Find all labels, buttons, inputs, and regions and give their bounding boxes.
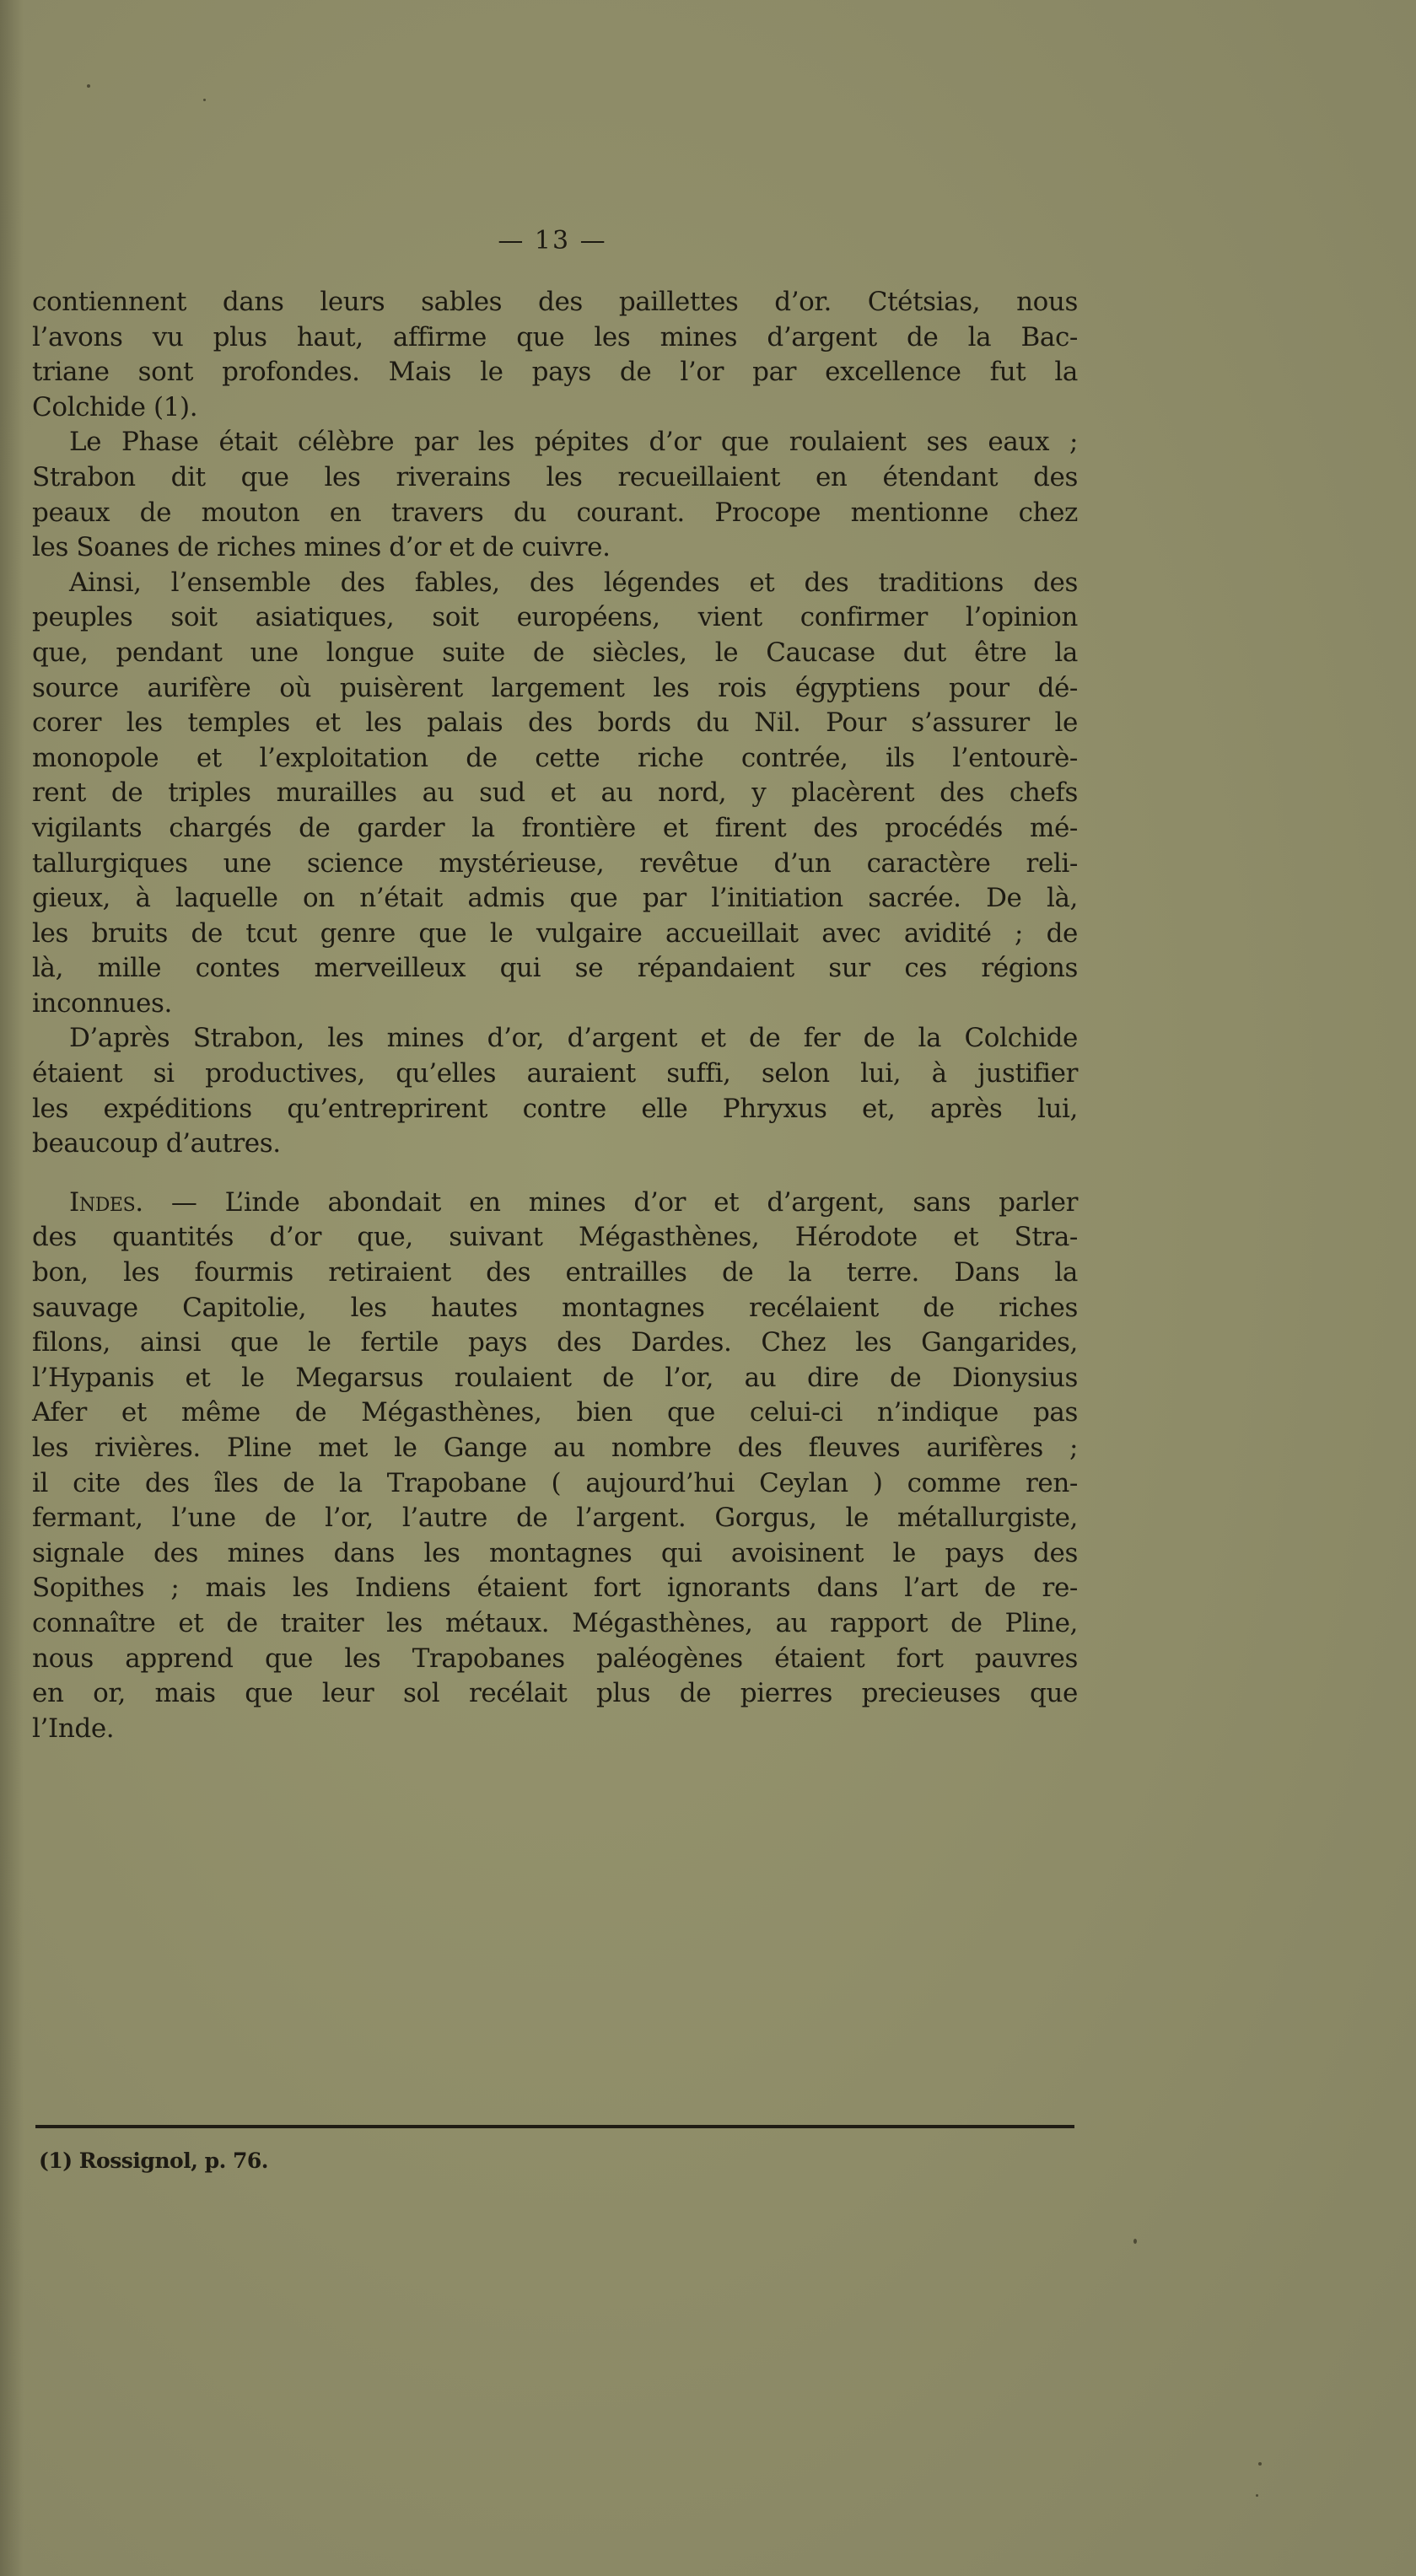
text-line: Indes. — L’inde abondait en mines d’or e… [32, 1186, 1078, 1221]
text-line: Afer et même de Mégasthènes, bien que ce… [32, 1396, 1078, 1431]
page-edge-shadow [0, 0, 24, 2576]
paper-speck [1256, 2494, 1258, 2497]
text-line: bon, les fourmis retiraient des entraill… [32, 1256, 1078, 1291]
text-line: Ainsi, l’ensemble des fables, des légend… [32, 566, 1078, 601]
paper-speck [203, 99, 206, 101]
text-line: les rivières. Pline met le Gange au nomb… [32, 1431, 1078, 1466]
paragraph: Le Phase était célèbre par les pépites d… [32, 425, 1078, 565]
text-line: connaître et de traiter les métaux. Méga… [32, 1606, 1078, 1642]
text-line: là, mille contes merveilleux qui se répa… [32, 951, 1078, 987]
text-line: peaux de mouton en travers du courant. P… [32, 496, 1078, 531]
text-line: monopole et l’exploitation de cette rich… [32, 741, 1078, 777]
text-line: les bruits de tcut genre que le vulgaire… [32, 917, 1078, 952]
text-line: tallurgiques une science mystérieuse, re… [32, 847, 1078, 882]
text-line: l’Inde. [32, 1712, 1078, 1747]
text-line: des quantités d’or que, suivant Mégasthè… [32, 1220, 1078, 1256]
text-line: nous apprend que les Trapobanes paléogèn… [32, 1642, 1078, 1677]
footnote: (1) Rossignol, p. 76. [39, 2148, 268, 2173]
text-span: — L’inde abondait en mines d’or et d’arg… [171, 1187, 1078, 1218]
text-line: peuples soit asiatiques, soit européens,… [32, 600, 1078, 636]
paragraph: contiennent dans leurs sables des paille… [32, 285, 1078, 425]
text-line: contiennent dans leurs sables des paille… [32, 285, 1078, 320]
text-line: les expéditions qu’entreprirent contre e… [32, 1092, 1078, 1127]
text-line: D’après Strabon, les mines d’or, d’argen… [32, 1021, 1078, 1057]
paper-speck [1133, 2239, 1137, 2244]
text-line: l’avons vu plus haut, affirme que les mi… [32, 320, 1078, 356]
text-line: l’Hypanis et le Megarsus roulaient de l’… [32, 1361, 1078, 1396]
section-heading: Indes. [69, 1187, 143, 1218]
page-number: — 13 — [0, 226, 1105, 255]
text-line: fermant, l’une de l’or, l’autre de l’arg… [32, 1501, 1078, 1536]
text-line: que, pendant une longue suite de siècles… [32, 636, 1078, 671]
text-line: Le Phase était célèbre par les pépites d… [32, 425, 1078, 460]
text-line: triane sont profondes. Mais le pays de l… [32, 355, 1078, 390]
text-line: Strabon dit que les riverains les recuei… [32, 460, 1078, 496]
paragraph: Ainsi, l’ensemble des fables, des légend… [32, 566, 1078, 1022]
footnote-text: Rossignol, p. 76. [79, 2148, 268, 2173]
scanned-page: — 13 — contiennent dans leurs sables des… [0, 0, 1416, 2576]
section-gap [32, 1162, 1078, 1186]
text-line: vigilants chargés de garder la frontière… [32, 811, 1078, 847]
paper-speck [1258, 2462, 1262, 2466]
text-line: signale des mines dans les montagnes qui… [32, 1536, 1078, 1572]
text-line: en or, mais que leur sol recélait plus d… [32, 1676, 1078, 1712]
footnote-marker: (1) [39, 2148, 73, 2173]
text-line: il cite des îles de la Trapobane ( aujou… [32, 1466, 1078, 1502]
text-line: inconnues. [32, 987, 1078, 1022]
text-line: corer les temples et les palais des bord… [32, 706, 1078, 741]
body-text: contiennent dans leurs sables des paille… [32, 285, 1078, 1746]
text-line: rent de triples murailles au sud et au n… [32, 776, 1078, 811]
text-line: source aurifère où puisèrent largement l… [32, 671, 1078, 707]
paragraph-indes: Indes. — L’inde abondait en mines d’or e… [32, 1186, 1078, 1747]
text-line: étaient si productives, qu’elles auraien… [32, 1057, 1078, 1092]
text-line: filons, ainsi que le fertile pays des Da… [32, 1326, 1078, 1361]
text-line: sauvage Capitolie, les hautes montagnes … [32, 1291, 1078, 1326]
footnote-divider [35, 2125, 1074, 2128]
text-line: les Soanes de riches mines d’or et de cu… [32, 530, 1078, 566]
text-line: Sopithes ; mais les Indiens étaient fort… [32, 1571, 1078, 1606]
paper-speck [87, 84, 90, 88]
paragraph: D’après Strabon, les mines d’or, d’argen… [32, 1021, 1078, 1161]
text-line: gieux, à laquelle on n’était admis que p… [32, 881, 1078, 917]
text-line: Colchide (1). [32, 390, 1078, 426]
text-line: beaucoup d’autres. [32, 1127, 1078, 1162]
